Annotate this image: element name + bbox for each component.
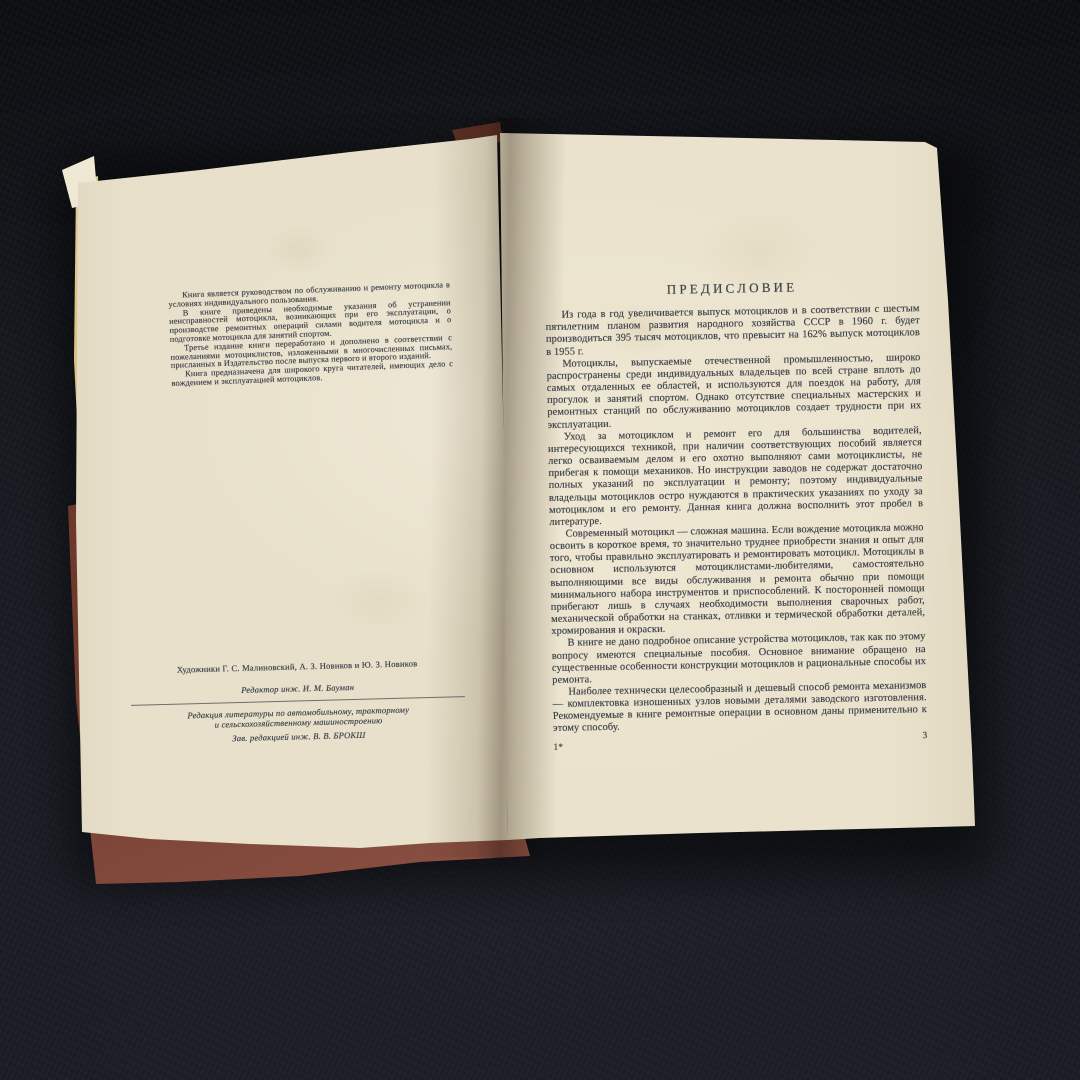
right-paragraph-1: Из года в год увеличивается выпуск мотоц… <box>545 303 920 358</box>
right-paragraph-4: Современный мотоцикл — сложная машина. Е… <box>549 522 925 638</box>
credits-editor: Редактор инж. И. М. Бауман <box>125 679 471 698</box>
right-paragraph-2: Мотоциклы, выпускаемые отечественной про… <box>546 352 921 432</box>
left-page-credits: Художники Г. С. Малиновский, А. З. Новик… <box>124 657 472 746</box>
photo-background: Книга является руководством по обслужива… <box>0 0 1080 1080</box>
left-page-text: Книга является руководством по обслужива… <box>168 281 454 389</box>
right-paragraph-5: В книге не дано подробное описание устро… <box>551 631 926 686</box>
signature-mark: 1* <box>553 741 563 753</box>
right-page-text: ПРЕДИСЛОВИЕ Из года в год увеличивается … <box>545 279 927 749</box>
right-paragraph-3: Уход за мотоциклом и ремонт его для боль… <box>548 425 924 529</box>
right-paragraph-6: Наиболее технически целесообразный и деш… <box>552 680 927 735</box>
page-number: 3 <box>922 730 927 742</box>
